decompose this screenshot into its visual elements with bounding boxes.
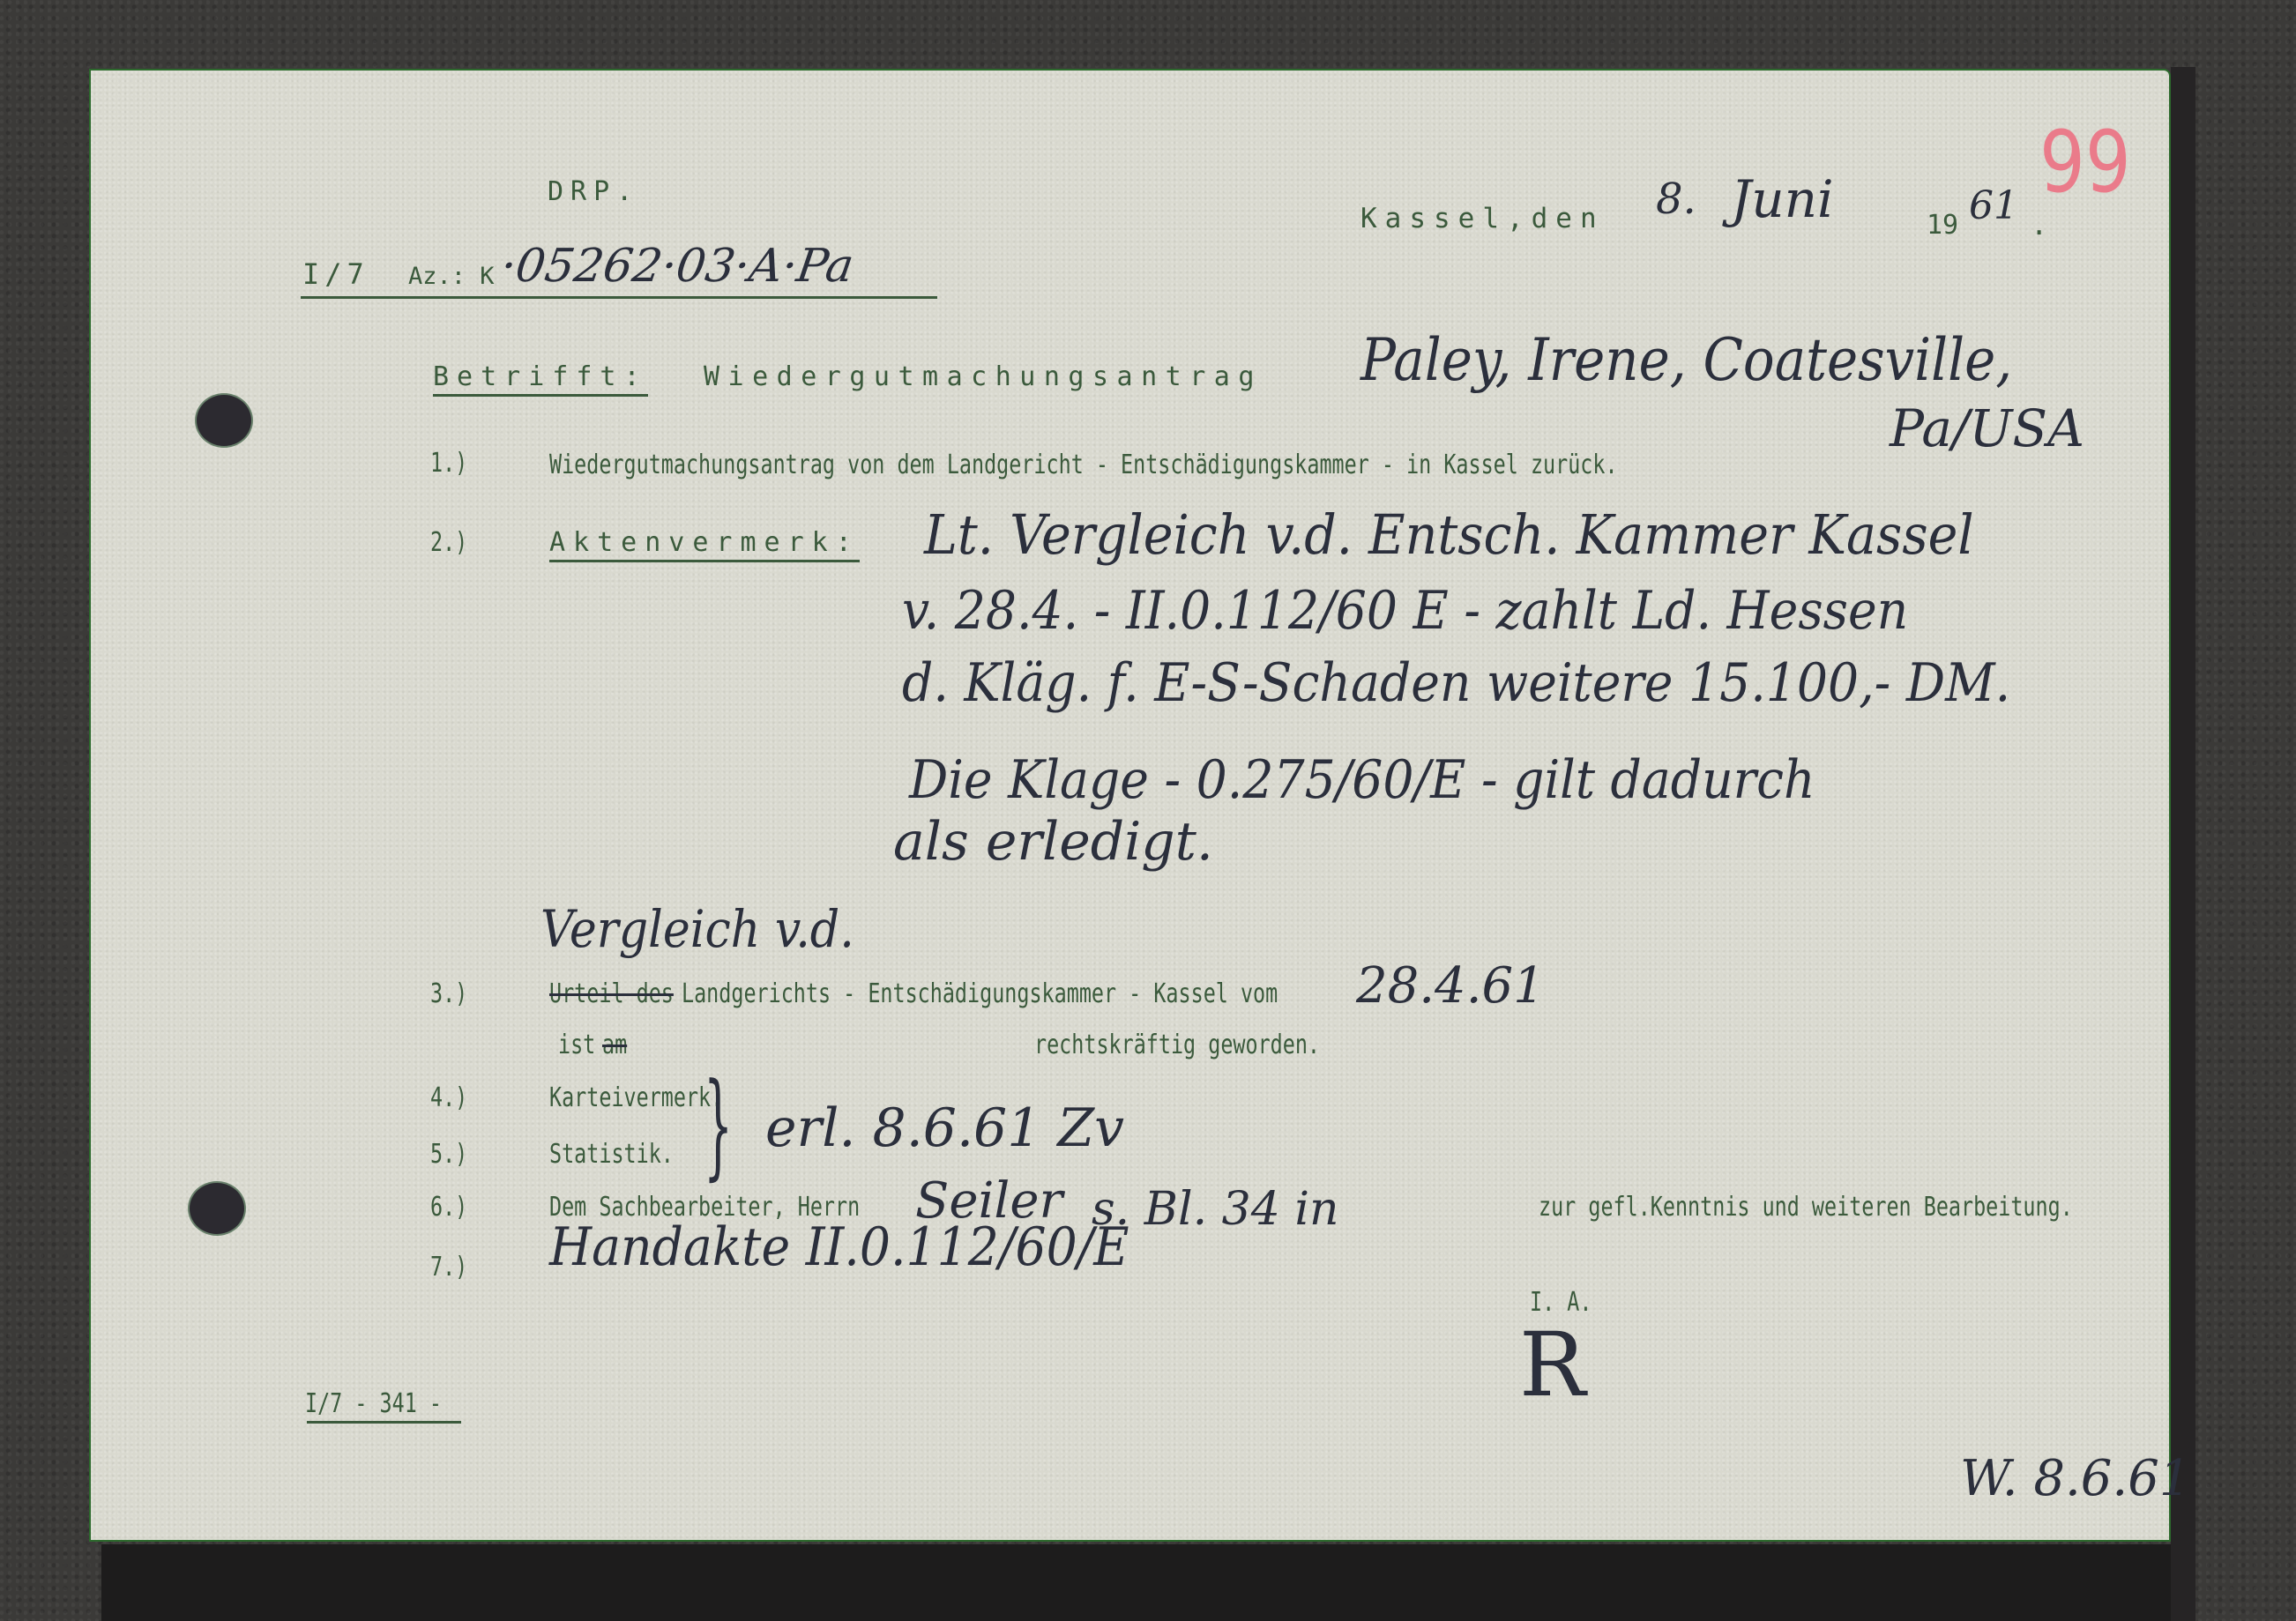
item-3-struck-text: Urteil des: [549, 978, 674, 1009]
item-3-line2-struck: am: [602, 1030, 627, 1060]
place-date-label: Kassel,den: [1360, 203, 1605, 234]
footer-code-underline: [307, 1421, 461, 1424]
date-day-handwritten: 8.: [1656, 175, 1696, 224]
applicant-location-handwritten: Pa/USA: [1890, 398, 2084, 458]
ref-underline: [301, 296, 937, 299]
item-3-handwritten-insert: Vergleich v.d.: [540, 899, 854, 959]
item-6-right-text: zur gefl.Kenntnis und weiteren Bearbeitu…: [1539, 1192, 2073, 1223]
org-code: DRP.: [548, 176, 639, 207]
year-suffix-handwritten: 61: [1969, 183, 2018, 228]
file-note-hw-line-4: Die Klage - 0.275/60/E - gilt dadurch: [909, 749, 1815, 811]
az-value-handwritten: ·05262·03·A·Pa: [498, 240, 857, 293]
ref-prefix: I/7: [302, 257, 369, 291]
brace-icon: }: [704, 1058, 733, 1192]
year-prefix: 19: [1927, 210, 1958, 241]
footer-code: I/7 - 341 -: [305, 1388, 442, 1419]
item-5-handwritten-note: erl. 8.6.61 Zv: [765, 1097, 1124, 1159]
footer-handwritten-note: W. 8.6.61: [1960, 1450, 2191, 1507]
document-page: DRP. I/7 Az.: K ·05262·03·A·Pa Kassel,de…: [89, 69, 2171, 1542]
item-3-number: 3.): [430, 978, 467, 1009]
item-1-number: 1.): [430, 448, 467, 479]
item-5-text: Statistik.: [549, 1139, 674, 1170]
item-3-handwritten-date: 28.4.61: [1356, 957, 1545, 1015]
item-1-text: Wiedergutmachungsantrag von dem Landgeri…: [549, 450, 1618, 480]
punch-hole-bottom: [190, 1183, 244, 1234]
applicant-name-handwritten: Paley, Irene, Coatesville,: [1360, 326, 2012, 394]
file-note-hw-line-3: d. Kläg. f. E-S-Schaden weitere 15.100,-…: [902, 652, 2010, 714]
binder-bottom-band: [101, 1544, 2194, 1621]
subject-text: Wiedergutmachungsantrag: [704, 361, 1263, 392]
item-3-text: Landgerichts - Entschädigungskammer - Ka…: [682, 978, 1278, 1009]
item-5-number: 5.): [430, 1139, 467, 1170]
signature-initial: R: [1519, 1313, 1585, 1417]
binder-right-strip: [2171, 67, 2195, 1621]
year-dot: .: [2031, 208, 2047, 242]
item-3-line2-prefix: ist: [558, 1030, 595, 1060]
punch-hole-top: [197, 395, 251, 446]
file-note-hw-line-2: v. 28.4. - II.0.112/60 E - zahlt Ld. Hes…: [902, 580, 1908, 642]
item-7-number: 7.): [430, 1252, 467, 1283]
item-2-number: 2.): [430, 527, 467, 558]
page-number-red: 99: [2039, 113, 2131, 212]
az-label: Az.: K: [408, 263, 495, 290]
file-note-hw-line-5: als erledigt.: [893, 811, 1213, 873]
item-2-label: Aktenvermerk:: [549, 527, 860, 562]
item-3-line2-text: rechtskräftig geworden.: [1034, 1030, 1320, 1060]
item-7-handwritten-text: Handakte II.0.112/60/E: [549, 1216, 1129, 1278]
item-4-number: 4.): [430, 1082, 467, 1113]
item-4-text: Karteivermerk.: [549, 1082, 723, 1113]
item-6-number: 6.): [430, 1192, 467, 1223]
file-note-hw-line-1: Lt. Vergleich v.d. Entsch. Kammer Kassel: [924, 502, 1974, 567]
subject-label: Betrifft:: [433, 361, 648, 397]
date-month-handwritten: Juni: [1731, 169, 1834, 229]
